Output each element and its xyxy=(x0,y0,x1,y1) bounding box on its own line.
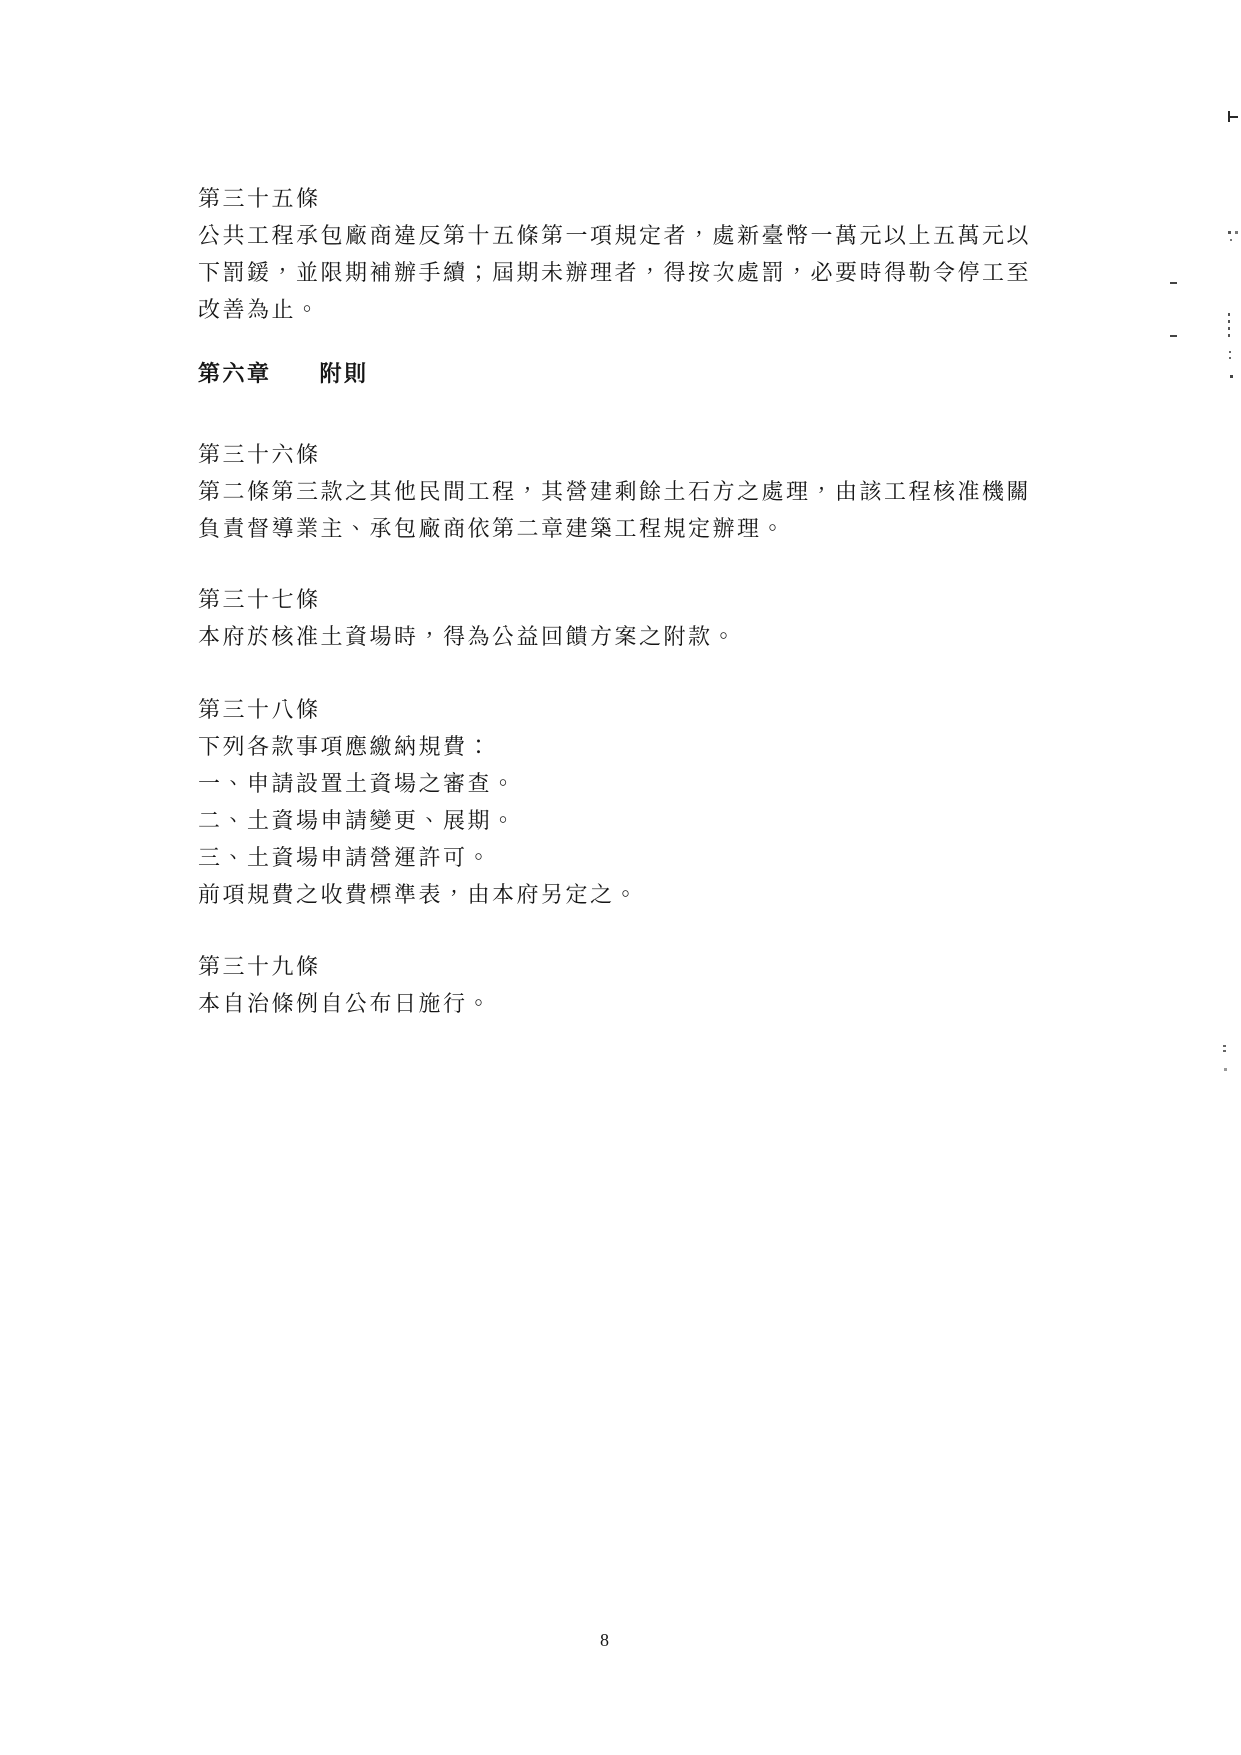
chapter-number: 第六章 xyxy=(198,361,272,386)
scan-artifact xyxy=(1170,335,1177,337)
text-line: 本府於核准土資場時，得為公益回饋方案之附款。 xyxy=(198,618,737,655)
text-line: 本自治條例自公布日施行。 xyxy=(198,985,492,1022)
scan-artifact xyxy=(1230,116,1238,118)
text-line: 下罰鍰，並限期補辦手續；屆期未辦理者，得按次處罰，必要時得勒令停工至 xyxy=(198,254,1031,291)
text-line: 改善為止。 xyxy=(198,291,1031,328)
scan-artifact xyxy=(1228,334,1230,337)
scan-artifact xyxy=(1228,327,1230,330)
text-line: 第二條第三款之其他民間工程，其營建剩餘土石方之處理，由該工程核准機關 xyxy=(198,473,1031,510)
article-38: 第三十八條 下列各款事項應繳納規費： 一、申請設置土資場之審查。 二、土資場申請… xyxy=(198,691,639,913)
text-line: 下列各款事項應繳納規費： xyxy=(198,728,639,765)
article-39: 第三十九條 本自治條例自公布日施行。 xyxy=(198,948,492,1022)
chapter-title: 附則 xyxy=(320,361,369,386)
scan-artifact xyxy=(1223,1045,1226,1047)
scan-artifact xyxy=(1170,282,1177,284)
document-page: 第三十五條 公共工程承包廠商違反第十五條第一項規定者，處新臺幣一萬元以上五萬元以… xyxy=(0,0,1241,1755)
scan-artifact xyxy=(1228,313,1230,316)
article-38-heading: 第三十八條 xyxy=(198,691,639,728)
article-36-heading: 第三十六條 xyxy=(198,436,1031,473)
text-line: 負責督導業主、承包廠商依第二章建築工程規定辦理。 xyxy=(198,510,1031,547)
list-item: 二、土資場申請變更、展期。 xyxy=(198,802,639,839)
scan-artifact xyxy=(1224,1068,1227,1071)
article-37-heading: 第三十七條 xyxy=(198,581,737,618)
list-item: 一、申請設置土資場之審查。 xyxy=(198,765,639,802)
scan-artifact xyxy=(1230,239,1232,241)
article-37: 第三十七條 本府於核准土資場時，得為公益回饋方案之附款。 xyxy=(198,581,737,655)
scan-artifact xyxy=(1230,375,1233,378)
list-item: 三、土資場申請營運許可。 xyxy=(198,839,639,876)
chapter-6-heading: 第六章附則 xyxy=(198,355,369,392)
scan-artifact xyxy=(1223,1050,1226,1052)
article-35-heading: 第三十五條 xyxy=(198,180,1031,217)
page-number: 8 xyxy=(600,1628,609,1652)
scan-artifact xyxy=(1229,351,1231,353)
scan-artifact xyxy=(1229,357,1231,359)
scan-artifact xyxy=(1228,231,1231,234)
article-35: 第三十五條 公共工程承包廠商違反第十五條第一項規定者，處新臺幣一萬元以上五萬元以… xyxy=(198,180,1031,328)
article-39-heading: 第三十九條 xyxy=(198,948,492,985)
text-line: 前項規費之收費標準表，由本府另定之。 xyxy=(198,876,639,913)
text-line: 公共工程承包廠商違反第十五條第一項規定者，處新臺幣一萬元以上五萬元以 xyxy=(198,217,1031,254)
scan-artifact xyxy=(1228,320,1230,323)
article-36: 第三十六條 第二條第三款之其他民間工程，其營建剩餘土石方之處理，由該工程核准機關… xyxy=(198,436,1031,547)
scan-artifact xyxy=(1235,231,1238,234)
